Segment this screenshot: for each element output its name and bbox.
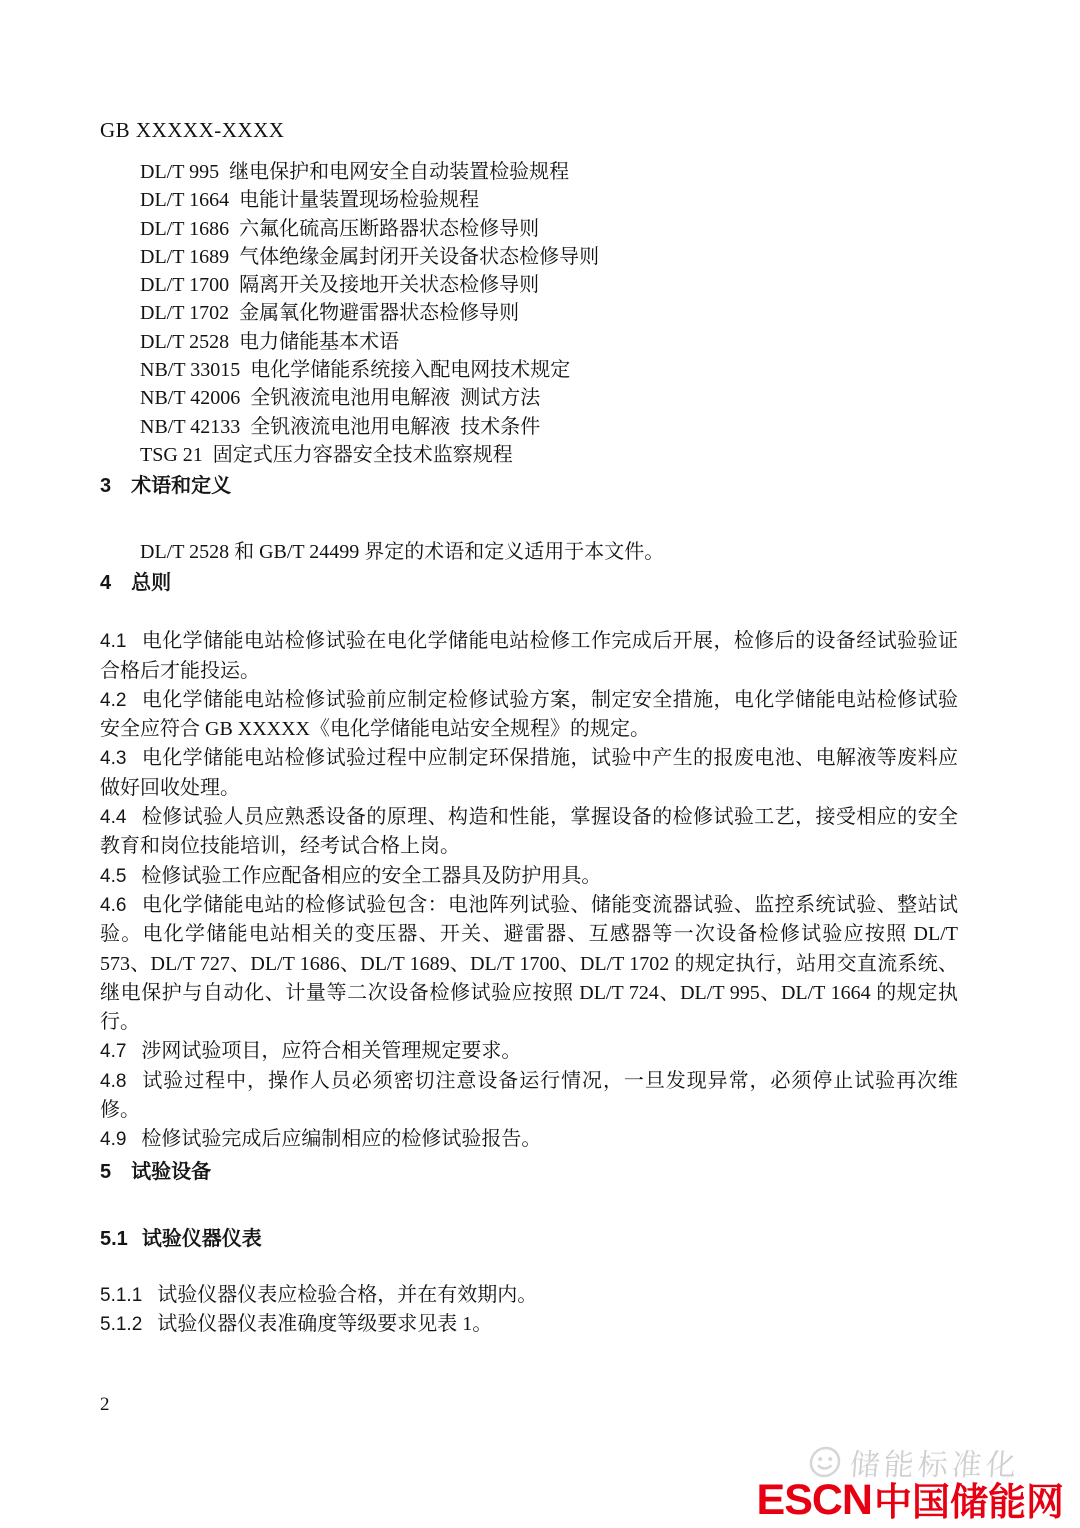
reference-item: DL/T 1686 六氟化硫高压断路器状态检修导则 xyxy=(140,215,958,243)
section-4-number: 4 xyxy=(100,572,111,594)
clause-4-5-number: 4.5 xyxy=(100,866,126,887)
clause-4-4: 4.4检修试验人员应熟悉设备的原理、构造和性能，掌握设备的检修试验工艺，接受相应… xyxy=(100,803,958,862)
clause-5-1-1-number: 5.1.1 xyxy=(100,1285,142,1306)
escn-logo: ESCN中国储能网 xyxy=(757,1479,1064,1522)
section-5-1-clauses: 5.1.1试验仪器仪表应检验合格，并在有效期内。 5.1.2试验仪器仪表准确度等… xyxy=(100,1281,958,1340)
section-5-heading: 5试验设备 xyxy=(100,1155,958,1184)
clause-4-8-text: 试验过程中，操作人员必须密切注意设备运行情况，一旦发现异常，必须停止试验再次维修… xyxy=(100,1070,958,1121)
reference-item: DL/T 1700 隔离开关及接地开关状态检修导则 xyxy=(140,271,958,299)
section-3-number: 3 xyxy=(100,475,111,497)
reference-item: DL/T 1689 气体绝缘金属封闭开关设备状态检修导则 xyxy=(140,243,958,271)
clause-5-1-1: 5.1.1试验仪器仪表应检验合格，并在有效期内。 xyxy=(100,1281,958,1310)
references-list: DL/T 995 继电保护和电网安全自动装置检验规程 DL/T 1664 电能计… xyxy=(100,158,958,469)
clause-4-7-number: 4.7 xyxy=(100,1041,126,1062)
document-page: GB XXXXX-XXXX DL/T 995 继电保护和电网安全自动装置检验规程… xyxy=(0,0,1080,1528)
reference-item: DL/T 2528 电力储能基本术语 xyxy=(140,328,958,356)
reference-item: NB/T 42133 全钒液流电池用电解液 技术条件 xyxy=(140,413,958,441)
clause-5-1-2: 5.1.2试验仪器仪表准确度等级要求见表 1。 xyxy=(100,1310,958,1339)
clause-4-9-text: 检修试验完成后应编制相应的检修试验报告。 xyxy=(141,1128,541,1150)
clause-4-5-text: 检修试验工作应配备相应的安全工器具及防护用具。 xyxy=(141,865,601,887)
escn-logo-latin: ESCN xyxy=(757,1476,872,1524)
reference-item: NB/T 42006 全钒液流电池用电解液 测试方法 xyxy=(140,384,958,412)
clause-4-6-text: 电化学储能电站的检修试验包含：电池阵列试验、储能变流器试验、监控系统试验、整站试… xyxy=(100,894,958,1033)
watermark-text: 储能标准化 xyxy=(848,1440,1021,1484)
clause-4-4-text: 检修试验人员应熟悉设备的原理、构造和性能，掌握设备的检修试验工艺，接受相应的安全… xyxy=(100,806,958,857)
reference-item: DL/T 1702 金属氧化物避雷器状态检修导则 xyxy=(140,299,958,327)
section-4-heading: 4总则 xyxy=(100,566,958,595)
section-3-body: DL/T 2528 和 GB/T 24499 界定的术语和定义适用于本文件。 xyxy=(100,538,958,566)
clause-4-3: 4.3电化学储能电站检修试验过程中应制定环保措施，试验中产生的报废电池、电解液等… xyxy=(100,744,958,803)
clause-4-2: 4.2电化学储能电站检修试验前应制定检修试验方案，制定安全措施，电化学储能电站检… xyxy=(100,686,958,745)
clause-4-8-number: 4.8 xyxy=(100,1071,126,1092)
clause-4-6-number: 4.6 xyxy=(100,895,126,916)
clause-4-3-text: 电化学储能电站检修试验过程中应制定环保措施，试验中产生的报废电池、电解液等废料应… xyxy=(100,747,958,798)
clause-4-4-number: 4.4 xyxy=(100,807,126,828)
escn-logo-chinese: 中国储能网 xyxy=(874,1482,1064,1524)
section-5-1-title: 试验仪器仪表 xyxy=(142,1228,262,1250)
clause-4-8: 4.8试验过程中，操作人员必须密切注意设备运行情况，一旦发现异常，必须停止试验再… xyxy=(100,1067,958,1126)
clause-4-7-text: 涉网试验项目，应符合相关管理规定要求。 xyxy=(141,1040,521,1062)
section-5-number: 5 xyxy=(100,1161,111,1183)
reference-item: TSG 21 固定式压力容器安全技术监察规程 xyxy=(140,441,958,469)
clause-4-5: 4.5检修试验工作应配备相应的安全工器具及防护用具。 xyxy=(100,862,958,891)
document-content: GB XXXXX-XXXX DL/T 995 继电保护和电网安全自动装置检验规程… xyxy=(100,118,958,1339)
clause-4-7: 4.7涉网试验项目，应符合相关管理规定要求。 xyxy=(100,1037,958,1066)
clause-5-1-2-number: 5.1.2 xyxy=(100,1314,142,1335)
clause-4-9: 4.9检修试验完成后应编制相应的检修试验报告。 xyxy=(100,1125,958,1154)
section-3-title: 术语和定义 xyxy=(131,475,231,497)
clause-4-1: 4.1电化学储能电站检修试验在电化学储能电站检修工作完成后开展，检修后的设备经试… xyxy=(100,627,958,686)
smiley-face-icon xyxy=(807,1445,843,1479)
section-3-heading: 3术语和定义 xyxy=(100,469,958,498)
section-5-title: 试验设备 xyxy=(131,1161,211,1183)
section-5-1-number: 5.1 xyxy=(100,1228,128,1250)
clause-4-2-number: 4.2 xyxy=(100,690,126,711)
clause-4-1-text: 电化学储能电站检修试验在电化学储能电站检修工作完成后开展，检修后的设备经试验验证… xyxy=(100,630,958,681)
section-5-1-heading: 5.1试验仪器仪表 xyxy=(100,1222,958,1251)
section-4-clauses: 4.1电化学储能电站检修试验在电化学储能电站检修工作完成后开展，检修后的设备经试… xyxy=(100,627,958,1154)
clause-5-1-1-text: 试验仪器仪表应检验合格，并在有效期内。 xyxy=(157,1284,537,1306)
clause-4-1-number: 4.1 xyxy=(100,631,126,652)
clause-5-1-2-text: 试验仪器仪表准确度等级要求见表 1。 xyxy=(157,1313,492,1335)
clause-4-2-text: 电化学储能电站检修试验前应制定检修试验方案，制定安全措施，电化学储能电站检修试验… xyxy=(100,689,958,740)
clause-4-9-number: 4.9 xyxy=(100,1129,126,1150)
section-4-title: 总则 xyxy=(131,572,171,594)
reference-item: DL/T 995 继电保护和电网安全自动装置检验规程 xyxy=(140,158,958,186)
standard-code-header: GB XXXXX-XXXX xyxy=(100,118,958,143)
reference-item: NB/T 33015 电化学储能系统接入配电网技术规定 xyxy=(140,356,958,384)
page-number: 2 xyxy=(100,1394,110,1416)
clause-4-3-number: 4.3 xyxy=(100,748,126,769)
clause-4-6: 4.6电化学储能电站的检修试验包含：电池阵列试验、储能变流器试验、监控系统试验、… xyxy=(100,891,958,1037)
reference-item: DL/T 1664 电能计量装置现场检验规程 xyxy=(140,186,958,214)
